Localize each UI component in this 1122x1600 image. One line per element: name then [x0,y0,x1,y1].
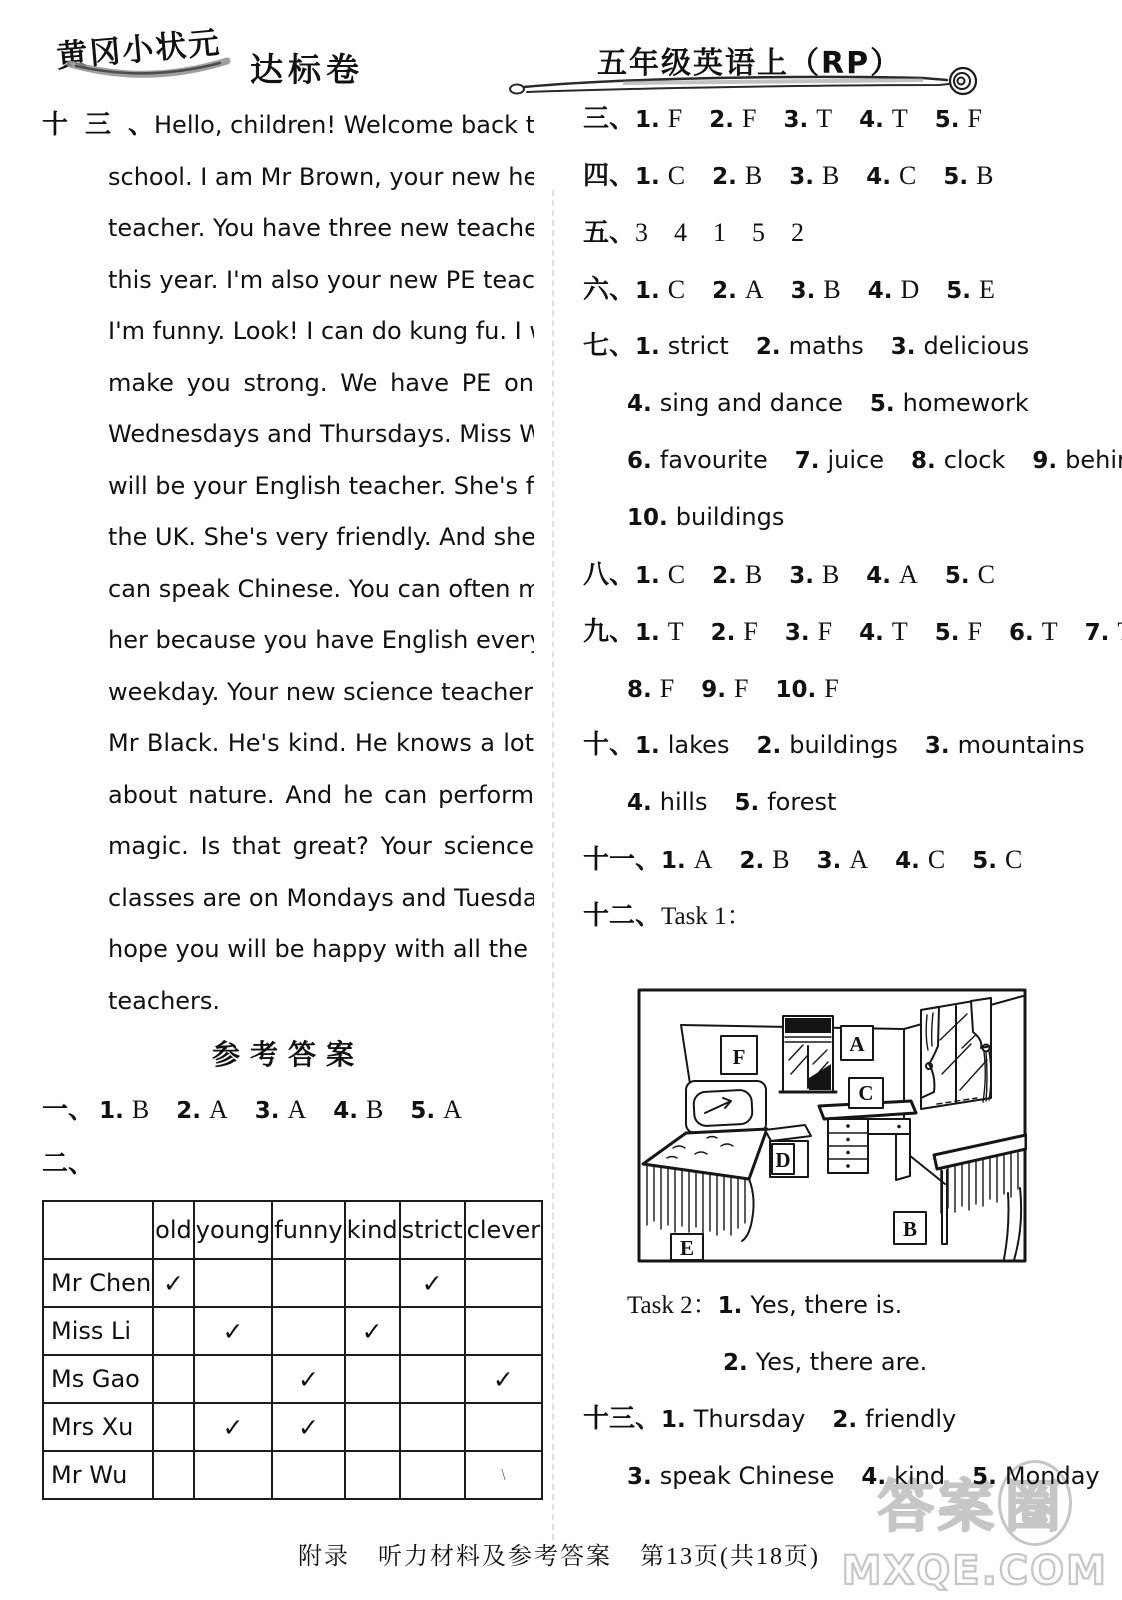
check-cell [465,1307,542,1355]
room-label-a: A [849,1032,865,1056]
check-cell: ✓ [153,1259,194,1307]
room-label-f: F [733,1045,746,1069]
answer-item: 2.F [711,625,758,644]
answer-item: 10.F [775,682,838,701]
answer-item: 1.C [635,568,685,587]
check-cell [345,1259,400,1307]
answer-row-7-cont: 10.buildings [583,489,1120,546]
passage-line: the UK. She's very friendly. And she [42,512,534,564]
passage-line: will be your English teacher. She's from [42,461,534,513]
answer-item: 2.B [712,568,762,587]
check-cell: ✓ [345,1307,400,1355]
answer-row-10-cont: 4.hills5.forest [583,774,1120,831]
answer-item: 3.B [789,169,839,188]
answer-item: 4.sing and dance [627,396,843,415]
passage-line: Mr Black. He's kind. He knows a lot [42,718,534,770]
desk [819,1101,916,1180]
passage-line: can speak Chinese. You can often meet [42,564,534,616]
section-2-label: 二、 [42,1149,94,1179]
left-column: 十三、 Hello, children! Welcome back to sch… [42,100,534,1500]
answer-item: 8.F [627,682,674,701]
column-header: clever [465,1201,542,1259]
task2-row: Task 2：1.Yes, there is. [583,1277,1120,1334]
passage-line: I'm funny. Look! I can do kung fu. I wil… [42,306,534,358]
answer-row-13-cont: 3.speak Chinese4.kind5.Monday [583,1448,1120,1505]
column-header: kind [345,1201,400,1259]
passage-line: magic. Is that great? Your science [42,821,534,873]
answer-item: 1.C [635,283,685,302]
answer-row-7-cont: 6.favourite7.juice8.clock9.behind [583,432,1120,489]
bed [643,1081,767,1241]
answer-item: 3.T [783,112,832,131]
answer-row-5: 五、3 4 1 5 2 [583,204,1120,261]
table-header-row: old young funny kind strict clever [43,1201,542,1259]
footer-appendix: 附录 [298,1544,350,1570]
answer-item: 3.A [255,1103,307,1122]
answer-item: 5.B [943,169,993,188]
right-window-curtains [921,998,991,1109]
check-cell [465,1259,542,1307]
teacher-name: Ms Gao [43,1355,153,1403]
answer-item: 4.T [859,625,908,644]
answer-item: 1.Thursday [661,1412,805,1431]
check-cell [400,1307,465,1355]
check-cell: ✓ [272,1355,344,1403]
check-cell [345,1451,400,1499]
answer-item: 5.F [935,625,982,644]
table-row: Ms Gao ✓ ✓ [43,1355,542,1403]
answer-item: 5.Monday [972,1469,1100,1488]
check-cell [272,1259,344,1307]
answer-row-12: 十二、Task 1： [583,888,1120,945]
answer-item: 4.hills [627,795,707,814]
answer-item: 6.T [1009,625,1058,644]
check-cell [400,1451,465,1499]
teacher-name: Mr Wu [43,1451,153,1499]
answer-item: 1.strict [635,339,729,358]
answer-item: 7.T [1085,625,1122,644]
answer-item: 1.B [99,1103,149,1122]
answer-item: 9.F [701,682,748,701]
check-cell [400,1403,465,1451]
answer-item: 10.buildings [627,510,784,529]
answer-items: 1.B2.A3.A4.B5.A [99,1103,489,1122]
check-cell [194,1259,273,1307]
bedroom-figure: F A C D B E [637,988,1027,1263]
room-label-b: B [903,1217,917,1241]
answer-item: 5.homework [870,396,1029,415]
check-cell [465,1403,542,1451]
teacher-name: Mr Chen [43,1259,153,1307]
check-cell: ✓ [194,1307,273,1355]
answer-item: 4.kind [861,1469,945,1488]
passage-line: about nature. And he can perform [42,770,534,822]
answer-item: 1.A [661,853,713,872]
page: 答案圈 MXQE.COM 黄冈小状元 达标卷 五年级英语上（RP） 十三、 He… [0,0,1122,1600]
task1-label: Task 1： [661,903,752,930]
brand-swoosh-icon [62,56,237,86]
footer-title: 听力材料及参考答案 [378,1544,612,1570]
answer-item: 2.maths [756,339,864,358]
column-header: funny [272,1201,344,1259]
answer-item: 2.B [712,169,762,188]
brand-logo-subtext: 达标卷 [250,44,364,91]
check-cell: ✓ [465,1355,542,1403]
check-cell [153,1307,194,1355]
right-column: 三、1.F2.F3.T4.T5.F 四、1.C2.B3.B4.C5.B 五、3 … [583,90,1120,1505]
teacher-name: Mrs Xu [43,1403,153,1451]
corner-cell [43,1201,153,1259]
answer-item: 9.behind [1032,453,1122,472]
column-header: old [153,1201,194,1259]
answer-row-11: 十一、1.A2.B3.A4.C5.C [583,831,1120,888]
section-13-label: 十三、 [42,100,154,152]
answer-item: 1.F [635,112,682,131]
answer-item: 8.clock [911,453,1005,472]
passage-line: Wednesdays and Thursdays. Miss White [42,409,534,461]
answer-row-4: 四、1.C2.B3.B4.C5.B [583,147,1120,204]
check-cell: \ [465,1451,542,1499]
answer-row-2: 二、 [42,1137,534,1192]
answer-item: 1.lakes [635,738,729,757]
answer-row-13: 十三、1.Thursday2.friendly [583,1391,1120,1448]
check-cell [345,1355,400,1403]
check-cell [400,1355,465,1403]
passage-line: 十三、 Hello, children! Welcome back to [42,100,534,152]
answer-item: 5.F [935,112,982,131]
answer-item: 3.B [791,283,841,302]
answer-item: 5.C [945,568,995,587]
column-header: strict [400,1201,465,1259]
answer-item: 4.B [333,1103,383,1122]
passage-line: teachers. [42,976,534,1028]
passage-line: classes are on Mondays and Tuesdays. I [42,873,534,925]
passage-line: school. I am Mr Brown, your new head [42,152,534,204]
answer-row-7-cont: 4.sing and dance5.homework [583,375,1120,432]
answer-item: 2.buildings [756,738,897,757]
answer-item: 3.speak Chinese [627,1469,834,1488]
table-row: Mrs Xu ✓ ✓ [43,1403,542,1451]
ordering-answer: 3 4 1 5 2 [635,218,804,247]
answer-item: 2.A [176,1103,228,1122]
answer-item: 6.favourite [627,453,768,472]
answer-item: 1.Yes, there is. [718,1298,903,1317]
column-header: young [194,1201,273,1259]
task2-label: Task 2： [627,1292,718,1319]
answer-item: 2.friendly [832,1412,956,1431]
answer-item: 5.E [946,283,995,302]
answer-row-6: 六、1.C2.A3.B4.D5.E [583,261,1120,318]
answer-row-10: 十、1.lakes2.buildings3.mountains [583,717,1120,774]
passage-line: weekday. Your new science teacher is [42,667,534,719]
answer-item: 3.delicious [891,339,1029,358]
answers-heading: 参考答案 [42,1027,534,1082]
check-cell [153,1451,194,1499]
answer-item: 1.C [635,169,685,188]
back-window [780,1016,836,1092]
answer-item: 3.mountains [925,738,1085,757]
answer-item: 3.A [817,853,869,872]
answer-row-9-cont: 8.F9.F10.F [583,660,1120,717]
room-label-c: C [858,1081,873,1105]
answer-item: 4.C [895,853,945,872]
table-row: Mr Wu \ [43,1451,542,1499]
answer-row-7: 七、1.strict2.maths3.delicious [583,318,1120,375]
table-row: Mr Chen ✓ ✓ [43,1259,542,1307]
side-table [934,1135,1026,1260]
answer-row-1: 一、 1.B2.A3.A4.B5.A [42,1082,534,1137]
teacher-traits-table: old young funny kind strict clever Mr Ch… [42,1200,543,1500]
passage-line: make you strong. We have PE on [42,358,534,410]
check-cell [272,1307,344,1355]
check-cell: ✓ [194,1403,273,1451]
check-cell: ✓ [272,1403,344,1451]
answer-item: 3.F [785,625,832,644]
task2-row-cont: 2.Yes, there are. [583,1334,1120,1391]
check-cell: ✓ [400,1259,465,1307]
answer-row-3: 三、1.F2.F3.T4.T5.F [583,90,1120,147]
passage-line: hope you will be happy with all the new [42,924,534,976]
room-label-d: D [775,1148,790,1172]
check-cell [153,1403,194,1451]
room-label-e: E [680,1236,694,1260]
passage-line: teacher. You have three new teachers [42,203,534,255]
answer-item: 4.A [866,568,918,587]
teacher-name: Miss Li [43,1307,153,1355]
footer-page-number: 第13页(共18页) [640,1544,820,1570]
answer-item: 2.B [740,853,790,872]
check-cell [194,1451,273,1499]
answer-item: 2.Yes, there are. [723,1355,927,1374]
passage-line: this year. I'm also your new PE teacher. [42,255,534,307]
section-1-label: 一、 [42,1095,94,1125]
answer-item: 5.C [972,853,1022,872]
answer-row-9: 九、1.T2.F3.F4.T5.F6.T7.T [583,603,1120,660]
answer-item: 2.F [709,112,756,131]
check-cell [345,1403,400,1451]
answer-item: 1.T [635,625,684,644]
watermark-site: MXQE.COM [842,1548,1108,1594]
table-row: Miss Li ✓ ✓ [43,1307,542,1355]
answer-item: 2.A [712,283,764,302]
check-cell [194,1355,273,1403]
answer-item: 7.juice [795,453,884,472]
answer-row-8: 八、1.C2.B3.B4.A5.C [583,546,1120,603]
check-cell [153,1355,194,1403]
page-footer: 附录听力材料及参考答案第13页(共18页) [298,1536,820,1571]
answer-item: 5.A [410,1103,462,1122]
column-divider [552,190,554,1550]
check-cell [272,1451,344,1499]
answer-item: 4.D [868,283,920,302]
passage-line: her because you have English every [42,615,534,667]
answer-item: 5.forest [734,795,836,814]
answer-item: 4.T [859,112,908,131]
answer-item: 4.C [866,169,916,188]
answer-item: 3.B [789,568,839,587]
